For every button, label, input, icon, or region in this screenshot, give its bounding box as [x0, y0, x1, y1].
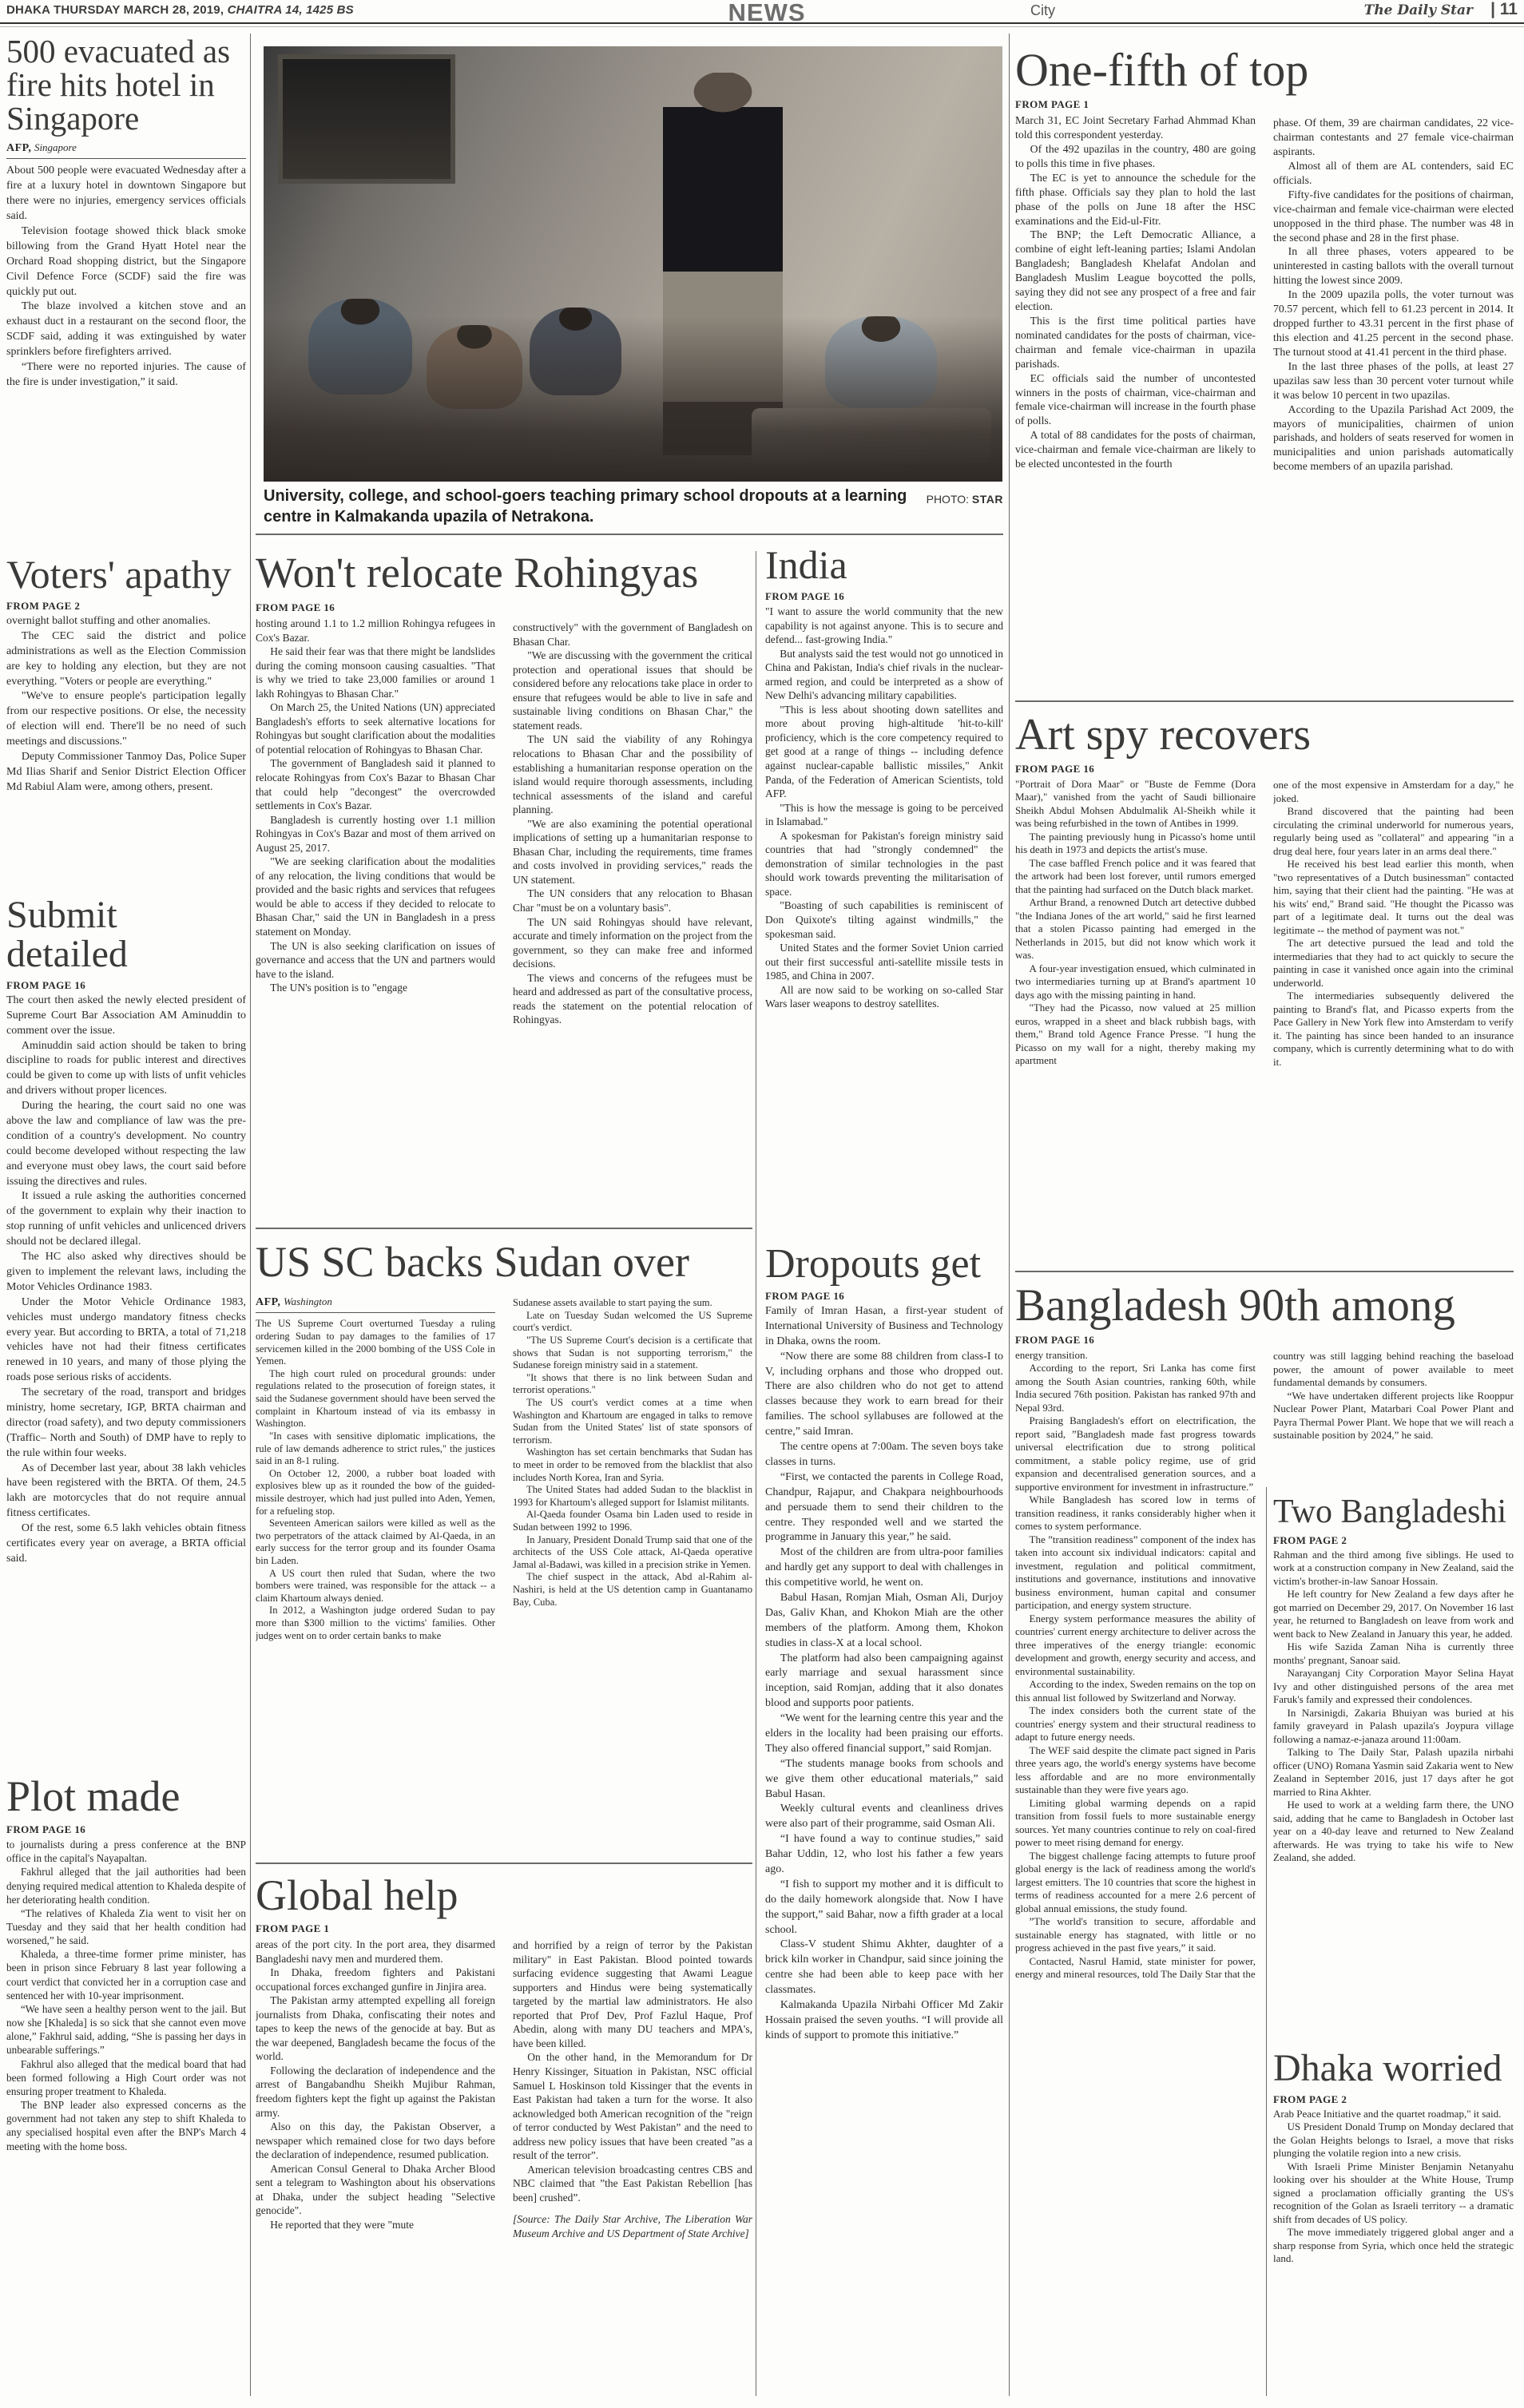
paragraph: areas of the port city. In the port area… — [256, 1938, 495, 1966]
paragraph: phase. Of them, 39 are chairman candidat… — [1273, 116, 1514, 159]
paragraph: "This is how the message is going to be … — [765, 801, 1003, 829]
paragraph: Rahman and the third among five siblings… — [1273, 1549, 1514, 1589]
divider — [256, 534, 1003, 535]
paragraph: A total of 88 candidates for the posts o… — [1015, 428, 1256, 471]
paragraph: On the other hand, in the Memorandum for… — [513, 2050, 752, 2162]
paragraph: Family of Imran Hasan, a first-year stud… — [765, 1304, 1003, 1350]
paragraph: “The students manage books from schools … — [765, 1757, 1003, 1803]
paragraph: one of the most expensive in Amsterdam f… — [1273, 779, 1514, 805]
news-photo — [264, 46, 1002, 482]
paragraph: In Narsinigdi, Zakaria Bhuiyan was burie… — [1273, 1707, 1514, 1747]
kicker: FROM PAGE 1 — [1015, 98, 1256, 112]
paragraph: In the 2009 upazila polls, the voter tur… — [1273, 288, 1514, 359]
paragraph: Narayanganj City Corporation Mayor Selin… — [1273, 1667, 1514, 1707]
paragraph: Bangladesh is currently hosting over 1.1… — [256, 813, 495, 855]
paragraph: The UN is also seeking clarification on … — [256, 939, 495, 982]
paragraph: country was still lagging behind reachin… — [1273, 1350, 1514, 1390]
photo-caption-text: University, college, and school-goers te… — [264, 487, 907, 526]
kicker: FROM PAGE 2 — [1273, 1534, 1514, 1547]
paragraph: Fakhrul also alleged that the medical bo… — [6, 2057, 246, 2098]
paragraph: Praising Bangladesh's effort on electrif… — [1015, 1414, 1256, 1494]
kicker: FROM PAGE 16 — [1015, 763, 1256, 776]
paragraph: Babul Hasan, Romjan Miah, Osman Ali, Dur… — [765, 1591, 1003, 1652]
paragraph: A four-year investigation ensued, which … — [1015, 962, 1256, 1002]
article-submit-detailed: Submit detailed FROM PAGE 16 The court t… — [6, 896, 246, 1796]
paragraph: According to the index, Sweden remains o… — [1015, 1678, 1256, 1704]
paragraph: Under the Motor Vehicle Ordinance 1983, … — [6, 1295, 246, 1386]
paragraph: US President Donald Trump on Monday decl… — [1273, 2120, 1514, 2160]
source-note: [Source: The Daily Star Archive, The Lib… — [513, 2212, 752, 2240]
photo-caption: PHOTO: STAR University, college, and sch… — [264, 486, 1003, 527]
paragraph: On March 25, the United Nations (UN) app… — [256, 700, 495, 756]
paragraph: According to the Upazila Parishad Act 20… — [1273, 403, 1514, 474]
paragraph: March 31, EC Joint Secretary Farhad Ahmm… — [1015, 113, 1256, 142]
paragraph: But analysts said the test would not go … — [765, 647, 1003, 703]
article-body: overnight ballot stuffing and other anom… — [6, 614, 246, 886]
paragraph: “First, we contacted the parents in Coll… — [765, 1470, 1003, 1545]
kicker: FROM PAGE 1 — [256, 1922, 495, 1936]
paragraph: “We have undertaken different projects l… — [1273, 1390, 1514, 1442]
headline: Submit detailed — [6, 896, 246, 974]
paragraph: The platform had also been campaigning a… — [765, 1652, 1003, 1712]
article-one-fifth: One-fifth of top FROM PAGE 1 March 31, E… — [1015, 46, 1514, 687]
paragraph: The centre opens at 7:00am. The seven bo… — [765, 1440, 1003, 1470]
byline-place: Washington — [284, 1295, 332, 1307]
photo-floor-shade — [264, 316, 1002, 482]
paragraph: "It shows that there is no link between … — [513, 1372, 752, 1397]
article-body: "I want to assure the world community th… — [765, 605, 1003, 1220]
column-rule — [756, 551, 756, 2396]
paragraph: "Portrait of Dora Maar" or "Buste de Fem… — [1015, 778, 1256, 831]
kicker: FROM PAGE 2 — [6, 600, 246, 613]
paragraph: Also on this day, the Pakistan Observer,… — [256, 2120, 495, 2162]
paragraph: The UN said the viability of any Rohingy… — [513, 732, 752, 816]
article-body: The court then asked the newly elected p… — [6, 994, 246, 1796]
kicker: FROM PAGE 16 — [765, 1290, 1003, 1303]
column-text: The US Supreme Court overturned Tuesday … — [256, 1318, 495, 1642]
paragraph: energy transition. — [1015, 1349, 1256, 1363]
paragraph: Brand discovered that the painting had b… — [1273, 805, 1514, 858]
kicker: FROM PAGE 16 — [765, 590, 1003, 603]
paragraph: Sudanese assets available to start payin… — [513, 1297, 752, 1310]
paragraph: On October 12, 2000, a rubber boat loade… — [256, 1468, 495, 1517]
paragraph: The HC also asked why directives should … — [6, 1250, 246, 1295]
paragraph: This is the first time political parties… — [1015, 314, 1256, 371]
paragraph: In 2012, a Washington judge ordered Suda… — [256, 1605, 495, 1642]
kicker: FROM PAGE 16 — [1015, 1334, 1256, 1347]
paragraph: He said their fear was that there might … — [256, 645, 495, 700]
byline: AFP, Washington — [256, 1295, 495, 1309]
article-body: About 500 people were evacuated Wednesda… — [6, 164, 246, 539]
paragraph: hosting around 1.1 to 1.2 million Rohing… — [256, 617, 495, 645]
article-dhaka-worried: Dhaka worried FROM PAGE 2 Arab Peace Ini… — [1273, 2049, 1514, 2371]
article-plot-made: Plot made FROM PAGE 16 to journalists du… — [6, 1775, 246, 2381]
paragraph: Khaleda, a three-time former prime minis… — [6, 1947, 246, 2002]
paragraph: Talking to The Daily Star, Palash upazil… — [1273, 1746, 1514, 1799]
paragraph: "We've to ensure people's participation … — [6, 689, 246, 750]
paragraph: The United States had added Sudan to the… — [513, 1484, 752, 1509]
paragraph: The court then asked the newly elected p… — [6, 994, 246, 1039]
paragraph: Energy system performance measures the a… — [1015, 1613, 1256, 1679]
divider — [256, 1312, 495, 1313]
paragraph: According to the report, Sri Lanka has c… — [1015, 1362, 1256, 1414]
kicker: FROM PAGE 16 — [256, 601, 495, 615]
paragraph: "Boasting of such capabilities is remini… — [765, 899, 1003, 941]
paragraph: Weekly cultural events and cleanliness d… — [765, 1802, 1003, 1832]
paragraph: ”The world's transition to secure, affor… — [1015, 1915, 1256, 1955]
paragraph: The biggest challenge facing attempts to… — [1015, 1850, 1256, 1916]
paragraph: Of the rest, some 6.5 lakh vehicles obta… — [6, 1521, 246, 1567]
paragraph: In January, President Donald Trump said … — [513, 1534, 752, 1572]
paragraph: A US court then ruled that Sudan, where … — [256, 1568, 495, 1605]
paragraph: The WEF said despite the climate pact si… — [1015, 1744, 1256, 1797]
paragraph: While Bangladesh has scored low in terms… — [1015, 1494, 1256, 1533]
divider — [0, 22, 1524, 24]
kicker: FROM PAGE 16 — [6, 979, 246, 992]
headline: Voters' apathy — [6, 554, 246, 595]
paragraph: The ”transition readiness” component of … — [1015, 1533, 1256, 1613]
article-india: India FROM PAGE 16 "I want to assure the… — [765, 545, 1003, 1220]
paragraph: In all three phases, voters appeared to … — [1273, 244, 1514, 288]
paragraph: American Consul General to Dhaka Archer … — [256, 2162, 495, 2218]
paragraph: All are now said to be working on so-cal… — [765, 983, 1003, 1011]
paragraph: The UN's position is to "engage — [256, 981, 495, 995]
paragraph: As of December last year, about 38 lakh … — [6, 1462, 246, 1522]
dateline: DHAKA THURSDAY MARCH 28, 2019, CHAITRA 1… — [6, 3, 354, 17]
paragraph: "In cases with sensitive diplomatic impl… — [256, 1430, 495, 1468]
paragraph: Deputy Commissioner Tanmoy Das, Police S… — [6, 750, 246, 795]
page-header: DHAKA THURSDAY MARCH 28, 2019, CHAITRA 1… — [0, 0, 1524, 27]
headline: Global help — [256, 1874, 752, 1918]
paragraph: His wife Sazida Zaman Niha is currently … — [1273, 1640, 1514, 1667]
headline: India — [765, 545, 1003, 585]
byline: AFP, Singapore — [6, 141, 246, 155]
article-column-2: Sudanese assets available to start payin… — [513, 1289, 752, 1856]
article-voters-apathy: Voters' apathy FROM PAGE 2 overnight bal… — [6, 554, 246, 886]
headline: Won't relocate Rohingyas — [256, 551, 752, 595]
dateline-bangla: CHAITRA 14, 1425 BS — [228, 3, 354, 17]
paragraph: The UN said Rohingyas should have releva… — [513, 915, 752, 971]
article-dropouts: Dropouts get FROM PAGE 16 Family of Imra… — [765, 1243, 1003, 2366]
article-body: Rahman and the third among five siblings… — [1273, 1549, 1514, 2020]
paragraph: "We are seeking clarification about the … — [256, 855, 495, 938]
column-rule — [1009, 34, 1010, 2396]
paragraph: EC officials said the number of uncontes… — [1015, 371, 1256, 429]
paragraph: "The US Supreme Court's decision is a ce… — [513, 1335, 752, 1372]
kicker: FROM PAGE 16 — [6, 1823, 246, 1836]
headline: Dropouts get — [765, 1243, 1003, 1285]
paragraph: overnight ballot stuffing and other anom… — [6, 614, 246, 629]
paragraph: About 500 people were evacuated Wednesda… — [6, 164, 246, 224]
paragraph: "I want to assure the world community th… — [765, 605, 1003, 647]
paragraph: Fakhrul alleged that the jail authoritie… — [6, 1865, 246, 1906]
paragraph: “We have seen a healthy person went to t… — [6, 2002, 246, 2057]
masthead: The Daily Star — [1364, 2, 1473, 18]
headline: US SC backs Sudan over — [256, 1240, 752, 1284]
article-column-2: phase. Of them, 39 are chairman candidat… — [1273, 98, 1514, 687]
paragraph: Fifty-five candidates for the positions … — [1273, 188, 1514, 245]
paragraph: He left country for New Zealand a few da… — [1273, 1588, 1514, 1640]
paragraph: The move immediately triggered global an… — [1273, 2226, 1514, 2266]
paragraph: Aminuddin said action should be taken to… — [6, 1039, 246, 1100]
paragraph: "This is less about shooting down satell… — [765, 703, 1003, 801]
photo-credit-label: PHOTO: — [927, 493, 969, 506]
article-body: Family of Imran Hasan, a first-year stud… — [765, 1304, 1003, 2366]
paragraph: It issued a rule asking the authorities … — [6, 1189, 246, 1250]
paragraph: The government of Bangladesh said it pla… — [256, 756, 495, 812]
article-column-2: country was still lagging behind reachin… — [1273, 1332, 1514, 1492]
byline-agency: AFP, — [256, 1296, 280, 1308]
article-fire-singapore: 500 evacuated as fire hits hotel in Sing… — [6, 35, 246, 539]
column-text: hosting around 1.1 to 1.2 million Rohing… — [256, 617, 495, 995]
paragraph: The blaze involved a kitchen stove and a… — [6, 300, 246, 360]
paragraph: The CEC said the district and police adm… — [6, 629, 246, 690]
paragraph: The index considers both the current sta… — [1015, 1704, 1256, 1744]
article-body: to journalists during a press conference… — [6, 1838, 246, 2381]
paragraph: Al-Qaeda founder Osama bin Laden used to… — [513, 1509, 752, 1533]
column-text: areas of the port city. In the port area… — [256, 1938, 495, 2231]
paragraph: Late on Tuesday Sudan welcomed the US Su… — [513, 1310, 752, 1335]
paragraph: "We are discussing with the government t… — [513, 649, 752, 732]
paragraph: to journalists during a press conference… — [6, 1838, 246, 1865]
paragraph: “There were no reported injuries. The ca… — [6, 360, 246, 391]
paragraph: and horrified by a reign of terror by th… — [513, 1938, 752, 2050]
paragraph: constructively" with the government of B… — [513, 621, 752, 649]
paragraph: Washington has set certain benchmarks th… — [513, 1446, 752, 1484]
article-column-1: FROM PAGE 16 energy transition.According… — [1015, 1332, 1256, 2378]
paragraph: “Now there are some 88 children from cla… — [765, 1350, 1003, 1440]
paragraph: American television broadcasting centres… — [513, 2163, 752, 2205]
column-text: "Portrait of Dora Maar" or "Buste de Fem… — [1015, 778, 1256, 1068]
paragraph: Contacted, Nasrul Hamid, state minister … — [1015, 1955, 1256, 1982]
paragraph: Most of the children are from ultra-poor… — [765, 1545, 1003, 1591]
paragraph: The painting previously hung in Picasso'… — [1015, 831, 1256, 857]
paragraph: “We went for the learning centre this ye… — [765, 1712, 1003, 1757]
article-global-help: Global help FROM PAGE 1 areas of the por… — [256, 1869, 752, 2394]
photo-credit: PHOTO: STAR — [927, 492, 1003, 506]
article-rohingya: Won't relocate Rohingyas FROM PAGE 16 ho… — [256, 540, 752, 1212]
article-us-sc-sudan: US SC backs Sudan over AFP, Washington T… — [256, 1234, 752, 1856]
article-body: Arab Peace Initiative and the quartet ro… — [1273, 2108, 1514, 2371]
paragraph: The secretary of the road, transport and… — [6, 1386, 246, 1461]
column-text: and horrified by a reign of terror by th… — [513, 1938, 752, 2204]
paragraph: In the last three phases of the polls, a… — [1273, 359, 1514, 403]
column-rule — [250, 34, 251, 2396]
paragraph: United States and the former Soviet Unio… — [765, 941, 1003, 983]
article-column-2: and horrified by a reign of terror by th… — [513, 1921, 752, 2394]
paragraph: He received his best lead earlier this m… — [1273, 858, 1514, 937]
paragraph: “I have found a way to continue studies,… — [765, 1832, 1003, 1878]
paragraph: The case baffled French police and it wa… — [1015, 857, 1256, 897]
headline: One-fifth of top — [1015, 46, 1514, 93]
paragraph: "We are also examining the potential ope… — [513, 817, 752, 887]
column-text: energy transition.According to the repor… — [1015, 1349, 1256, 1982]
headline: Dhaka worried — [1273, 2049, 1514, 2089]
headline: Bangladesh 90th among — [1015, 1283, 1514, 1329]
divider — [1015, 700, 1514, 702]
divider — [256, 1863, 752, 1864]
dateline-date: THURSDAY MARCH 28, 2019, — [54, 3, 224, 17]
article-column-1: FROM PAGE 1 March 31, EC Joint Secretary… — [1015, 98, 1256, 669]
paragraph: In Dhaka, freedom fighters and Pakistani… — [256, 1966, 495, 1993]
paragraph: Seventeen American sailors were killed a… — [256, 1517, 495, 1567]
headline: Art spy recovers — [1015, 712, 1514, 758]
paragraph: “I fish to support my mother and it is d… — [765, 1878, 1003, 1938]
paragraph: The US Supreme Court overturned Tuesday … — [256, 1318, 495, 1367]
article-column-2: one of the most expensive in Amsterdam f… — [1273, 761, 1514, 1270]
paragraph: The UN considers that any relocation to … — [513, 887, 752, 914]
paragraph: He reported that they were "mute — [256, 2218, 495, 2232]
paragraph: The BNP leader also expressed concerns a… — [6, 2098, 246, 2153]
paragraph: Of the 492 upazilas in the country, 480 … — [1015, 142, 1256, 171]
divider — [6, 158, 246, 159]
paragraph: Arab Peace Initiative and the quartet ro… — [1273, 2108, 1514, 2121]
category-label: City — [1030, 2, 1055, 19]
page-number: | 11 — [1490, 0, 1518, 19]
kicker: FROM PAGE 2 — [1273, 2093, 1514, 2106]
paragraph: Limiting global warming depends on a rap… — [1015, 1797, 1256, 1850]
article-column-1: AFP, Washington The US Supreme Court ove… — [256, 1289, 495, 1848]
dateline-city: DHAKA — [6, 3, 50, 17]
paragraph: Arthur Brand, a renowned Dutch art detec… — [1015, 896, 1256, 962]
divider — [1015, 1271, 1514, 1272]
article-column-1: FROM PAGE 16 hosting around 1.1 to 1.2 m… — [256, 601, 495, 1192]
paragraph: The EC is yet to announce the schedule f… — [1015, 171, 1256, 228]
paragraph: During the hearing, the court said no on… — [6, 1099, 246, 1189]
photo-window-shape — [278, 54, 455, 184]
headline: Plot made — [6, 1775, 246, 1819]
paragraph: A spokesman for Pakistan's foreign minis… — [765, 829, 1003, 899]
paragraph: Class-V student Shimu Akhter, daughter o… — [765, 1938, 1003, 1998]
paragraph: The Pakistan army attempted expelling al… — [256, 1993, 495, 2064]
article-column-2: constructively" with the government of B… — [513, 601, 752, 1212]
paragraph: Following the declaration of independenc… — [256, 2064, 495, 2120]
article-art-spy: Art spy recovers FROM PAGE 16 "Portrait … — [1015, 708, 1514, 1270]
paragraph: The BNP; the Left Democratic Alliance, a… — [1015, 228, 1256, 314]
newspaper-page: DHAKA THURSDAY MARCH 28, 2019, CHAITRA 1… — [0, 0, 1524, 2408]
paragraph: With Israeli Prime Minister Benjamin Net… — [1273, 2160, 1514, 2227]
paragraph: Almost all of them are AL contenders, sa… — [1273, 159, 1514, 188]
divider — [0, 26, 1524, 27]
headline: Two Bangladeshi — [1273, 1495, 1514, 1529]
paragraph: The chief suspect in the attack, Abd al-… — [513, 1571, 752, 1609]
byline-place: Singapore — [34, 141, 77, 153]
article-column-1: FROM PAGE 16 "Portrait of Dora Maar" or … — [1015, 761, 1256, 1252]
paragraph: "They had the Picasso, now valued at 25 … — [1015, 1002, 1256, 1068]
article-column-1: FROM PAGE 1 areas of the port city. In t… — [256, 1921, 495, 2376]
headline: 500 evacuated as fire hits hotel in Sing… — [6, 35, 246, 135]
column-text: March 31, EC Joint Secretary Farhad Ahmm… — [1015, 113, 1256, 471]
divider — [256, 1228, 752, 1229]
paragraph: The US court's verdict comes at a time w… — [513, 1397, 752, 1446]
photo-credit-value: STAR — [972, 493, 1003, 506]
paragraph: The high court ruled on procedural groun… — [256, 1368, 495, 1430]
article-two-bangladeshi: Two Bangladeshi FROM PAGE 2 Rahman and t… — [1273, 1495, 1514, 2020]
paragraph: Kalmakanda Upazila Nirbahi Officer Md Za… — [765, 1998, 1003, 2044]
paragraph: The intermediaries subsequently delivere… — [1273, 990, 1514, 1069]
byline-agency: AFP, — [6, 142, 31, 154]
paragraph: Television footage showed thick black sm… — [6, 224, 246, 300]
paragraph: The art detective pursued the lead and t… — [1273, 937, 1514, 990]
paragraph: He used to work at a welding farm there,… — [1273, 1799, 1514, 1865]
paragraph: “The relatives of Khaleda Zia went to vi… — [6, 1906, 246, 1947]
paragraph: The views and concerns of the refugees m… — [513, 971, 752, 1027]
